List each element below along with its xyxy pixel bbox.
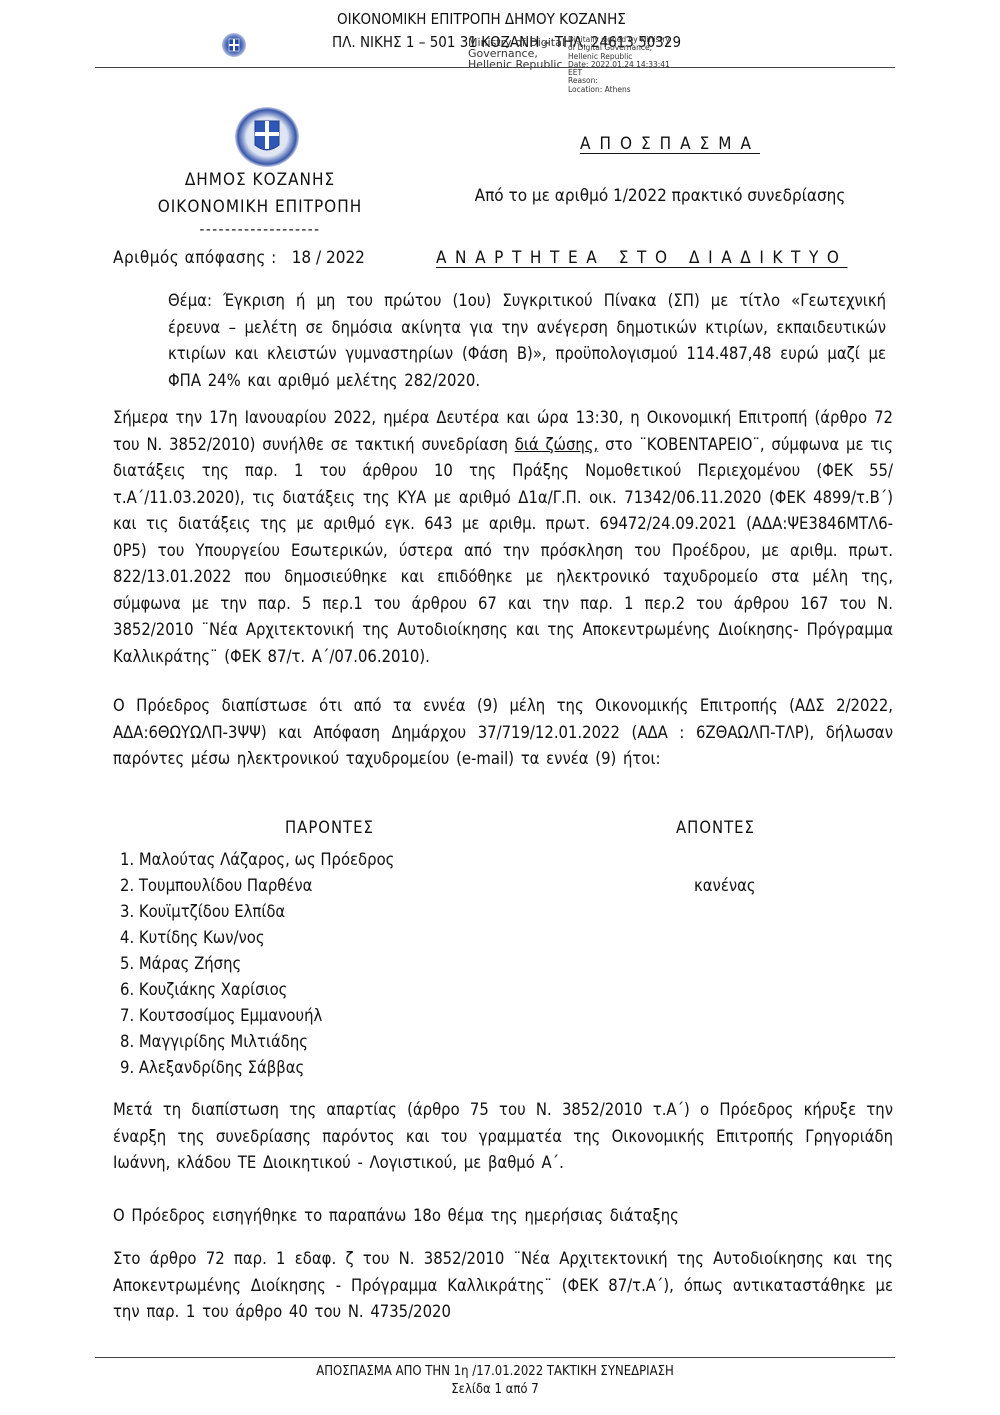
present-header: ΠΑΡΟΝΤΕΣ [285,818,374,837]
list-item: 8. Μαγγιρίδης Μιλτιάδης [120,1029,394,1055]
decision-number: 18 / 2022 [292,248,365,268]
list-item: 6. Κουζιάκης Χαρίσιος [120,977,394,1003]
publish-notice: ΑΝΑΡΤΗΤΕΑ ΣΤΟ ΔΙΑΔΙΚΤΥΟ [436,248,848,268]
list-item: 2. Τουμπουλίδου Παρθένα [120,873,394,899]
meeting-intro-paragraph: Σήμερα την 17η Ιανουαρίου 2022, ημέρα Δε… [113,405,893,670]
list-item: 9. Αλεξανδρίδης Σάββας [120,1055,394,1081]
absent-member: κανένας [694,873,756,899]
legal-basis-paragraph: Στο άρθρο 72 παρ. 1 εδαφ. ζ του Ν. 3852/… [113,1246,893,1326]
committee-name: ΟΙΚΟΝΟΜΙΚΗ ΕΠΙΤΡΟΠΗ [100,197,420,217]
list-item: 5. Μάρας Ζήσης [120,951,394,977]
letterhead-emblem-icon [235,107,299,167]
list-item: 1. Μαλούτας Λάζαρος, ως Πρόεδρος [120,847,394,873]
list-item: 7. Κουτσοσίμος Εμμανουήλ [120,1003,394,1029]
subject-paragraph: Θέμα: Έγκριση ή μη του πρώτου (1ου) Συγκ… [168,288,886,394]
municipality-name: ΔΗΜΟΣ ΚΟΖΑΝΗΣ [100,170,420,190]
signature-details: Digitally signed by Ministry of Digital … [568,36,670,94]
in-person-text: διά ζώσης, [515,435,598,454]
present-members-list: 1. Μαλούτας Λάζαρος, ως Πρόεδρος 2. Τουμ… [120,847,394,1081]
absent-header: ΑΠΟΝΤΕΣ [676,818,755,837]
header-rule [95,67,895,68]
quorum-paragraph: Ο Πρόεδρος διαπίστωσε ότι από τα εννέα (… [113,693,893,773]
agenda-item-paragraph: Ο Πρόεδρος εισηγήθηκε το παραπάνω 18ο θέ… [113,1203,893,1230]
signature-signer: Ministry of Digital Governance, Hellenic… [468,37,565,70]
list-item: 3. Κουϊμτζίδου Ελπίδα [120,899,394,925]
decision-label: Αριθμός απόφασης : [113,248,277,268]
footer-title: ΑΠΟΣΠΑΣΜΑ ΑΠΟ ΤΗΝ 1η /17.01.2022 ΤΑΚΤΙΚΗ… [95,1364,895,1379]
footer-rule [95,1357,895,1358]
minutes-reference: Από το με αριθμό 1/2022 πρακτικό συνεδρί… [425,186,895,206]
header-title: ΟΙΚΟΝΟΜΙΚΗ ΕΠΙΤΡΟΠΗ ΔΗΜΟΥ ΚΟΖΑΝΗΣ [337,10,626,28]
list-item: 4. Κυτίδης Κων/νος [120,925,394,951]
decision-number-row: Αριθμός απόφασης : 18 / 2022 [113,248,365,268]
session-opening-paragraph: Μετά τη διαπίστωση της απαρτίας (άρθρο 7… [113,1097,893,1177]
document-type-title: ΑΠΟΣΠΑΣΜΑ [510,134,830,154]
page-number: Σελίδα 1 από 7 [95,1382,895,1397]
header-emblem-icon [222,33,246,57]
letterhead-separator: ------------------- [100,220,420,238]
